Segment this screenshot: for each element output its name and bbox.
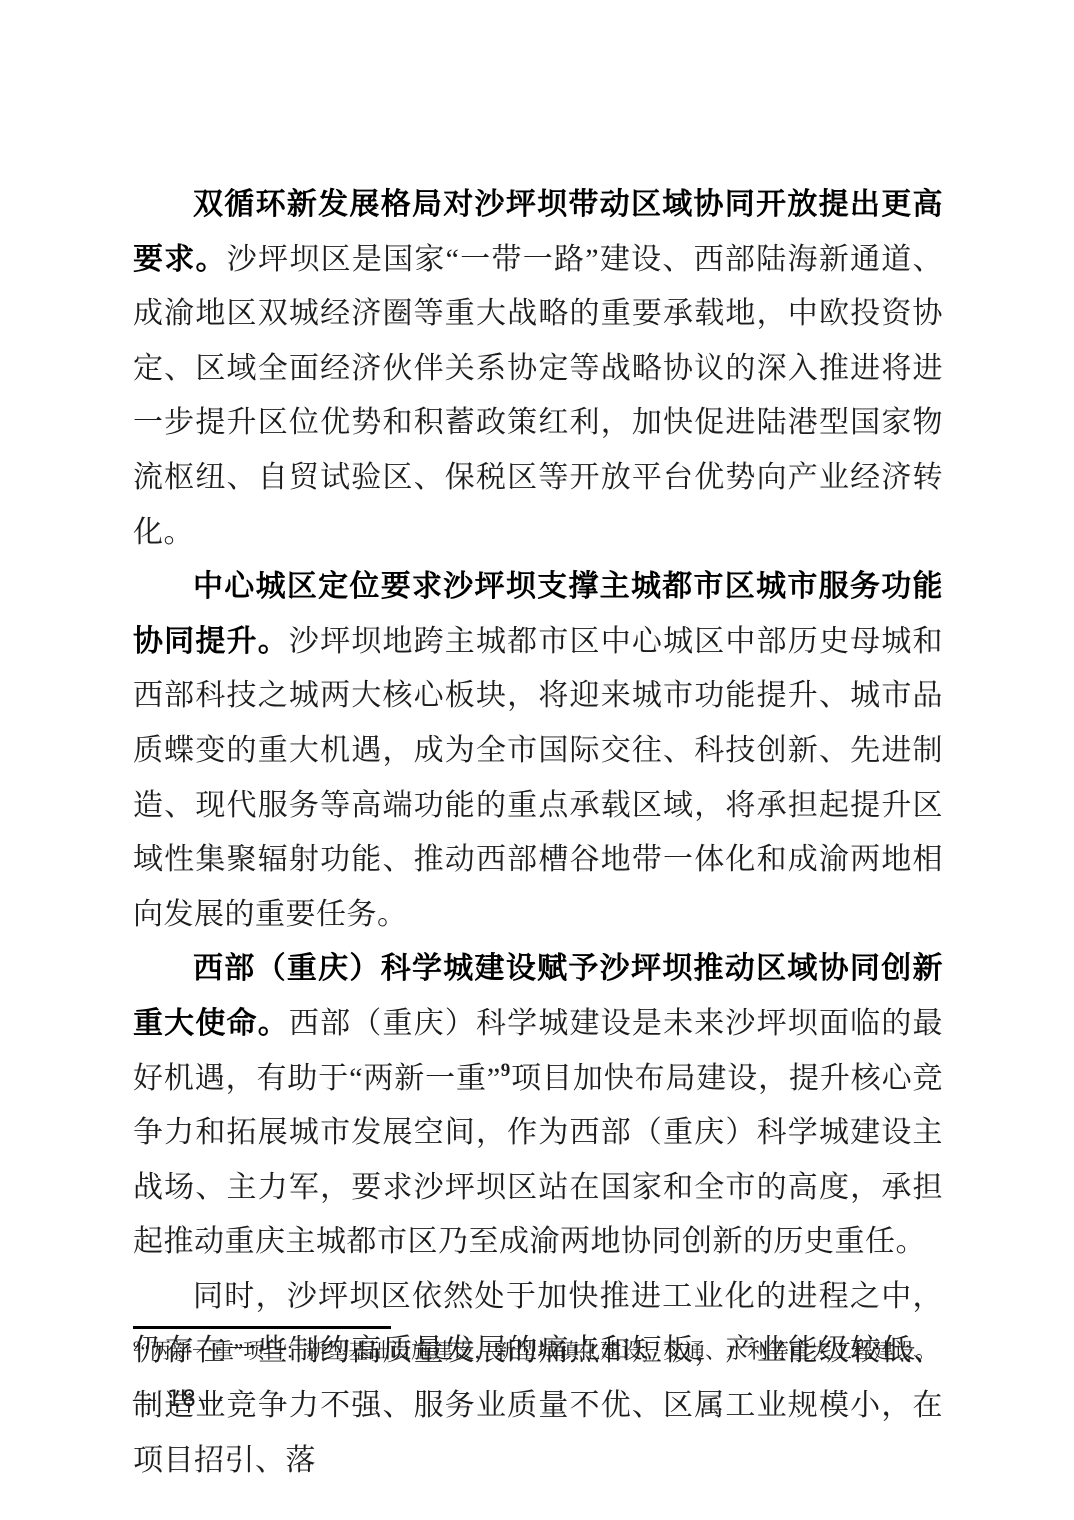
document-body: 双循环新发展格局对沙坪坝带动区域协同开放提出更高要求。沙坪坝区是国家“一带一路”… [133, 178, 943, 1488]
paragraph-body: 同时，沙坪坝区依然处于加快推进工业化的进程之中，仍存在一些制约高质量发展的痛点和… [133, 1280, 943, 1477]
paragraph: 西部（重庆）科学城建设赋予沙坪坝推动区域协同创新重大使命。西部（重庆）科学城建设… [133, 942, 943, 1270]
page-number-value: 18 [157, 1385, 199, 1415]
paragraph: 中心城区定位要求沙坪坝支撑主城都市区城市服务功能协同提升。沙坪坝地跨主城都市区中… [133, 560, 943, 942]
paragraph-body: 沙坪坝地跨主城都市区中心城区中部历史母城和西部科技之城两大核心板块，将迎来城市功… [133, 625, 943, 931]
page-number: —18— [133, 1384, 223, 1415]
paragraph: 同时，沙坪坝区依然处于加快推进工业化的进程之中，仍存在一些制约高质量发展的痛点和… [133, 1270, 943, 1488]
paragraph: 双循环新发展格局对沙坪坝带动区域协同开放提出更高要求。沙坪坝区是国家“一带一路”… [133, 178, 943, 560]
footnote-text: “两新一重”项目：新型基础设施建设，新型城镇化建设，交通、水利等重大工程建设。 [141, 1339, 937, 1363]
paragraph-body: 沙坪坝区是国家“一带一路”建设、西部陆海新通道、成渝地区双城经济圈等重大战略的重… [133, 243, 943, 549]
document-page: 双循环新发展格局对沙坪坝带动区域协同开放提出更高要求。沙坪坝区是国家“一带一路”… [0, 0, 1074, 1520]
footnote-marker: 9 [133, 1339, 141, 1355]
page-number-dash-left: — [133, 1386, 157, 1411]
footnote-reference-marker: 9 [501, 1060, 511, 1081]
footnote-area: 9“两新一重”项目：新型基础设施建设，新型城镇化建设，交通、水利等重大工程建设。 [133, 1326, 955, 1365]
footnote: 9“两新一重”项目：新型基础设施建设，新型城镇化建设，交通、水利等重大工程建设。 [133, 1337, 955, 1365]
footnote-separator-rule [133, 1326, 391, 1329]
page-number-dash-right: — [199, 1386, 223, 1411]
